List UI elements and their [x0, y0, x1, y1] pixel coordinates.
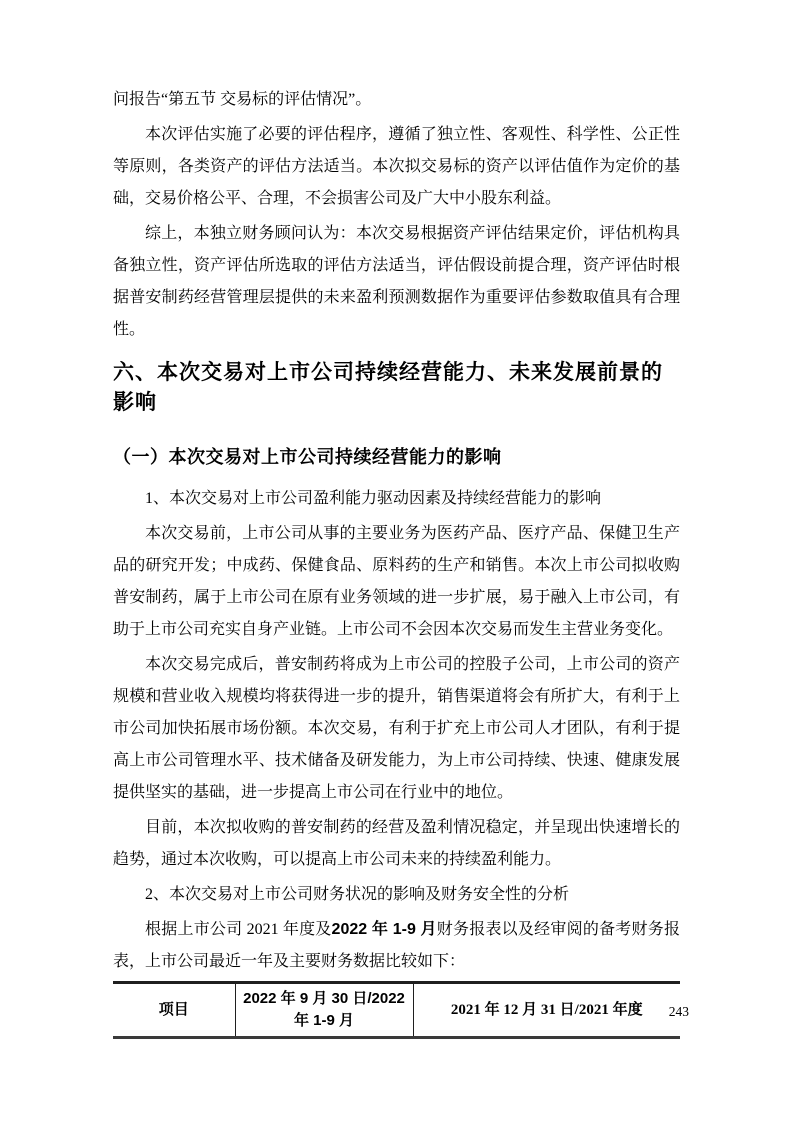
basis-text-bold-period: 2022 年 1-9 月	[332, 921, 437, 938]
numbered-item-1-heading: 1、本次交易对上市公司盈利能力驱动因素及持续经营能力的影响	[113, 483, 680, 515]
section-heading: 六、本次交易对上市公司持续经营能力、未来发展前景的影响	[113, 358, 680, 418]
paragraph-evaluation-procedure: 本次评估实施了必要的评估程序，遵循了独立性、客观性、科学性、公正性等原则，各类资…	[113, 119, 680, 215]
table-header-2021-period: 2021 年 12 月 31 日/2021 年度	[413, 983, 680, 1038]
paragraph-continuation: 问报告“第五节 交易标的评估情况”。	[113, 84, 680, 116]
page-content: 问报告“第五节 交易标的评估情况”。 本次评估实施了必要的评估程序，遵循了独立性…	[113, 84, 680, 1039]
financial-comparison-table: 项目 2022 年 9 月 30 日/2022 年 1-9 月 2021 年 1…	[113, 981, 680, 1039]
subsection-heading: （一）本次交易对上市公司持续经营能力的影响	[113, 443, 680, 471]
table-header-row: 项目 2022 年 9 月 30 日/2022 年 1-9 月 2021 年 1…	[113, 983, 680, 1038]
table-header-2022-period: 2022 年 9 月 30 日/2022 年 1-9 月	[235, 983, 413, 1038]
paragraph-after-deal: 本次交易完成后，普安制药将成为上市公司的控股子公司，上市公司的资产规模和营业收入…	[113, 649, 680, 809]
paragraph-before-deal: 本次交易前，上市公司从事的主要业务为医药产品、医疗产品、保健卫生产品的研究开发；…	[113, 518, 680, 646]
document-page: 问报告“第五节 交易标的评估情况”。 本次评估实施了必要的评估程序，遵循了独立性…	[0, 0, 793, 1122]
basis-text-prefix: 根据上市公司 2021 年度及	[145, 921, 332, 938]
paragraph-advisor-conclusion: 综上，本独立财务顾问认为：本次交易根据资产评估结果定价，评估机构具备独立性，资产…	[113, 218, 680, 346]
paragraph-financial-basis: 根据上市公司 2021 年度及2022 年 1-9 月财务报表以及经审阅的备考财…	[113, 914, 680, 978]
page-number: 243	[669, 1004, 689, 1020]
numbered-item-2-heading: 2、本次交易对上市公司财务状况的影响及财务安全性的分析	[113, 879, 680, 911]
table-header-item: 项目	[113, 983, 235, 1038]
paragraph-current-status: 目前，本次拟收购的普安制药的经营及盈利情况稳定，并呈现出快速增长的趋势，通过本次…	[113, 812, 680, 876]
